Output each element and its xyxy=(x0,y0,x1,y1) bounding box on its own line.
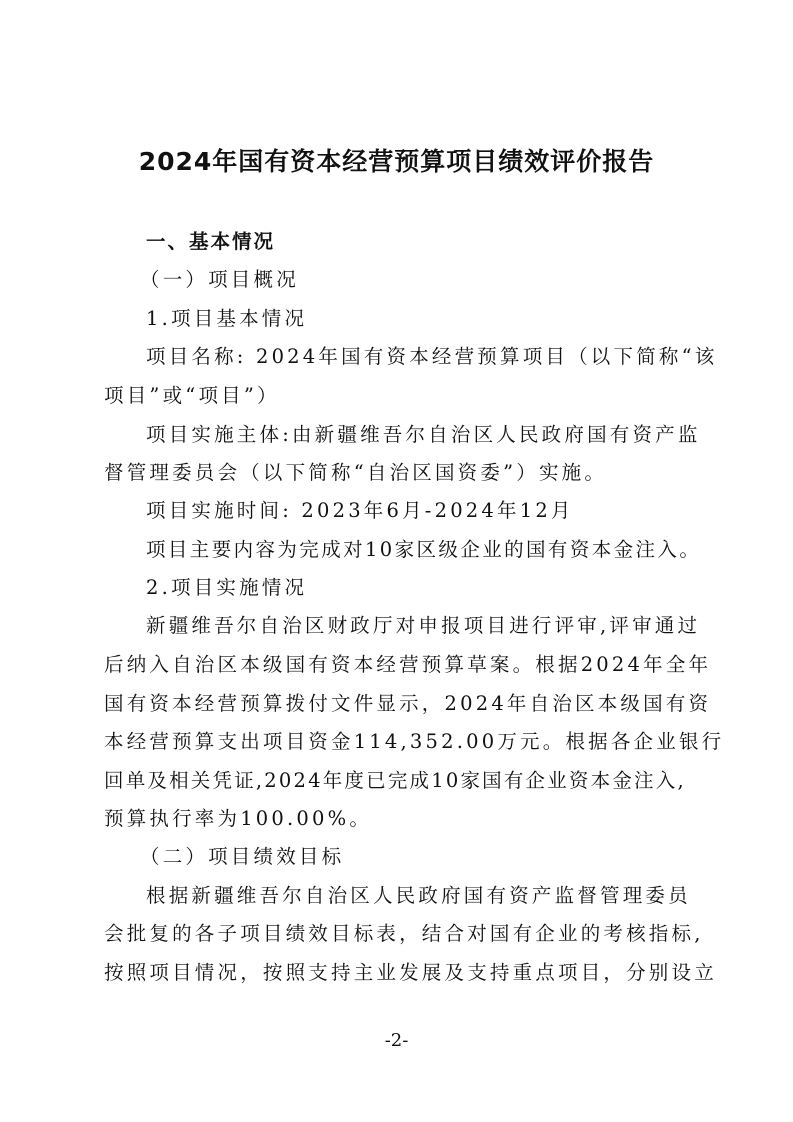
paragraph-line: 项目”或“项目”） xyxy=(104,380,280,408)
paragraph-line: 本经营预算支出项目资金114,352.00万元。根据各企业银行 xyxy=(104,726,724,754)
document-title: 2024年国有资本经营预算项目绩效评价报告 xyxy=(0,142,793,178)
paragraph-line: 根据新疆维吾尔自治区人民政府国有资产监督管理委员 xyxy=(146,880,691,908)
page-number: -2- xyxy=(0,1030,793,1051)
item-heading-implementation: 2.项目实施情况 xyxy=(146,572,307,600)
paragraph-line: 预算执行率为100.00%。 xyxy=(104,803,372,831)
paragraph-line: 后纳入自治区本级国有资本经营预算草案。根据2024年全年 xyxy=(104,649,711,677)
paragraph-line: 项目名称: 2024年国有资本经营预算项目（以下简称“该 xyxy=(146,341,717,369)
paragraph-line: 按照项目情况，按照支持主业发展及支持重点项目，分别设立 xyxy=(104,957,717,985)
paragraph-line: 回单及相关凭证,2024年度已完成10家国有企业资本金注入, xyxy=(104,765,686,793)
section-heading-basic-info: 一、基本情况 xyxy=(146,226,275,254)
subsection-heading-overview: （一）项目概况 xyxy=(140,264,299,292)
subsection-heading-targets: （二）项目绩效目标 xyxy=(140,841,344,869)
paragraph-line: 国有资本经营预算拨付文件显示，2024年自治区本级国有资 xyxy=(104,688,711,716)
item-heading-basic: 1.项目基本情况 xyxy=(146,303,307,331)
paragraph-line: 项目实施主体:由新疆维吾尔自治区人民政府国有资产监 xyxy=(146,419,701,447)
paragraph-line: 项目实施时间: 2023年6月-2024年12月 xyxy=(146,495,574,523)
paragraph-line: 会批复的各子项目绩效目标表，结合对国有企业的考核指标, xyxy=(104,918,704,946)
paragraph-line: 督管理委员会（以下简称“自治区国资委”）实施。 xyxy=(104,457,607,485)
paragraph-line: 项目主要内容为完成对10家区级企业的国有资本金注入。 xyxy=(146,534,701,562)
paragraph-line: 新疆维吾尔自治区财政厅对申报项目进行评审,评审通过 xyxy=(146,610,700,638)
